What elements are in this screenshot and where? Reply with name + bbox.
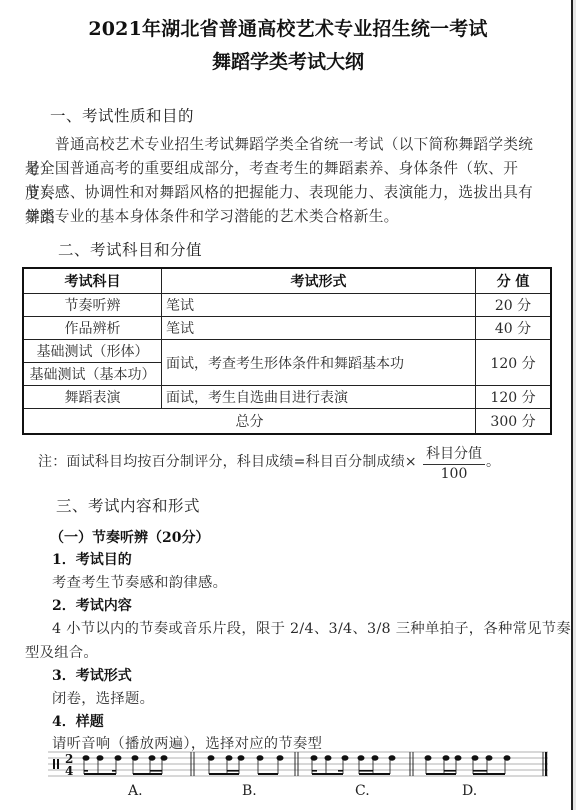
total-label: 总分: [23, 409, 476, 435]
cell-score: 40 分: [476, 317, 552, 340]
cell-form: 笔试: [162, 294, 476, 317]
cell-subject: 基础测试（形体）: [23, 340, 162, 363]
document-title: 2021年湖北省普通高校艺术专业招生统一考试: [0, 14, 576, 41]
score-note: 注：面试科目均按百分制评分，科目成绩=科目百分制成绩×: [38, 451, 417, 471]
rhythm-staff: 2 4: [48, 748, 550, 778]
svg-text:4: 4: [65, 764, 73, 778]
section3-heading: 三、考试内容和形式: [56, 494, 200, 516]
cell-score: 20 分: [476, 294, 552, 317]
cell-form: 笔试: [162, 317, 476, 340]
table-row: 基础测试（形体） 面试，考查考生形体条件和舞蹈基本功 120 分: [23, 340, 551, 363]
paragraph-line: 学类专业的基本身体条件和学习潜能的艺术类合格新生。: [25, 208, 399, 225]
rhythm-option-b: [208, 756, 283, 775]
header-form: 考试形式: [162, 268, 476, 294]
cell-subject: 舞蹈表演: [23, 386, 162, 409]
item-label-purpose: 1．考试目的: [52, 549, 132, 569]
subsection-title: （一）节奏听辨（20分）: [50, 527, 209, 547]
option-label-b: B.: [242, 783, 257, 799]
cell-form: 面试，考生自选曲目进行表演: [162, 386, 476, 409]
item-text-content-line1: 4 小节以内的节奏或音乐片段，限于 2/4、3/4、3/8 三种单拍子，各种常见…: [52, 618, 571, 638]
total-value: 300 分: [476, 409, 552, 435]
option-label-c: C.: [355, 783, 370, 799]
item-text-format: 闭卷，选择题。: [52, 688, 154, 708]
score-table: 考试科目 考试形式 分 值 节奏听辨 笔试 20 分 作品辨析 笔试 40 分 …: [22, 267, 552, 435]
table-row: 节奏听辨 笔试 20 分: [23, 294, 551, 317]
rhythm-option-a: [83, 756, 167, 775]
score-fraction: 科目分值 100: [423, 443, 485, 482]
section2-heading: 二、考试科目和分值: [58, 238, 202, 260]
item-label-content: 2．考试内容: [52, 595, 132, 615]
header-subject: 考试科目: [23, 268, 162, 294]
cell-form: 面试，考查考生形体条件和舞蹈基本功: [162, 340, 476, 386]
section1-heading: 一、考试性质和目的: [50, 104, 194, 126]
table-row: 作品辨析 笔试 40 分: [23, 317, 551, 340]
fraction-numerator: 科目分值: [423, 443, 485, 465]
item-label-format: 3．考试形式: [52, 665, 132, 685]
item-label-sample: 4．样题: [52, 711, 104, 731]
document-subtitle: 舞蹈学类考试大纲: [0, 47, 576, 74]
header-score: 分 值: [476, 268, 552, 294]
table-header-row: 考试科目 考试形式 分 值: [23, 268, 551, 294]
cell-score: 120 分: [476, 386, 552, 409]
cell-subject: 基础测试（基本功）: [23, 363, 162, 386]
item-text-purpose: 考查考生节奏感和韵律感。: [52, 572, 227, 592]
table-total-row: 总分 300 分: [23, 409, 551, 435]
option-label-d: D.: [462, 783, 477, 799]
option-label-a: A.: [128, 783, 143, 799]
item-text-content-line2: 型及组合。: [25, 642, 98, 662]
cell-score: 120 分: [476, 340, 552, 386]
table-row: 舞蹈表演 面试，考生自选曲目进行表演 120 分: [23, 386, 551, 409]
rhythm-option-d: [425, 756, 510, 775]
rhythm-option-c: [311, 756, 395, 775]
cell-subject: 节奏听辨: [23, 294, 162, 317]
note-period: 。: [486, 451, 500, 471]
fraction-denominator: 100: [423, 465, 485, 482]
cell-subject: 作品辨析: [23, 317, 162, 340]
